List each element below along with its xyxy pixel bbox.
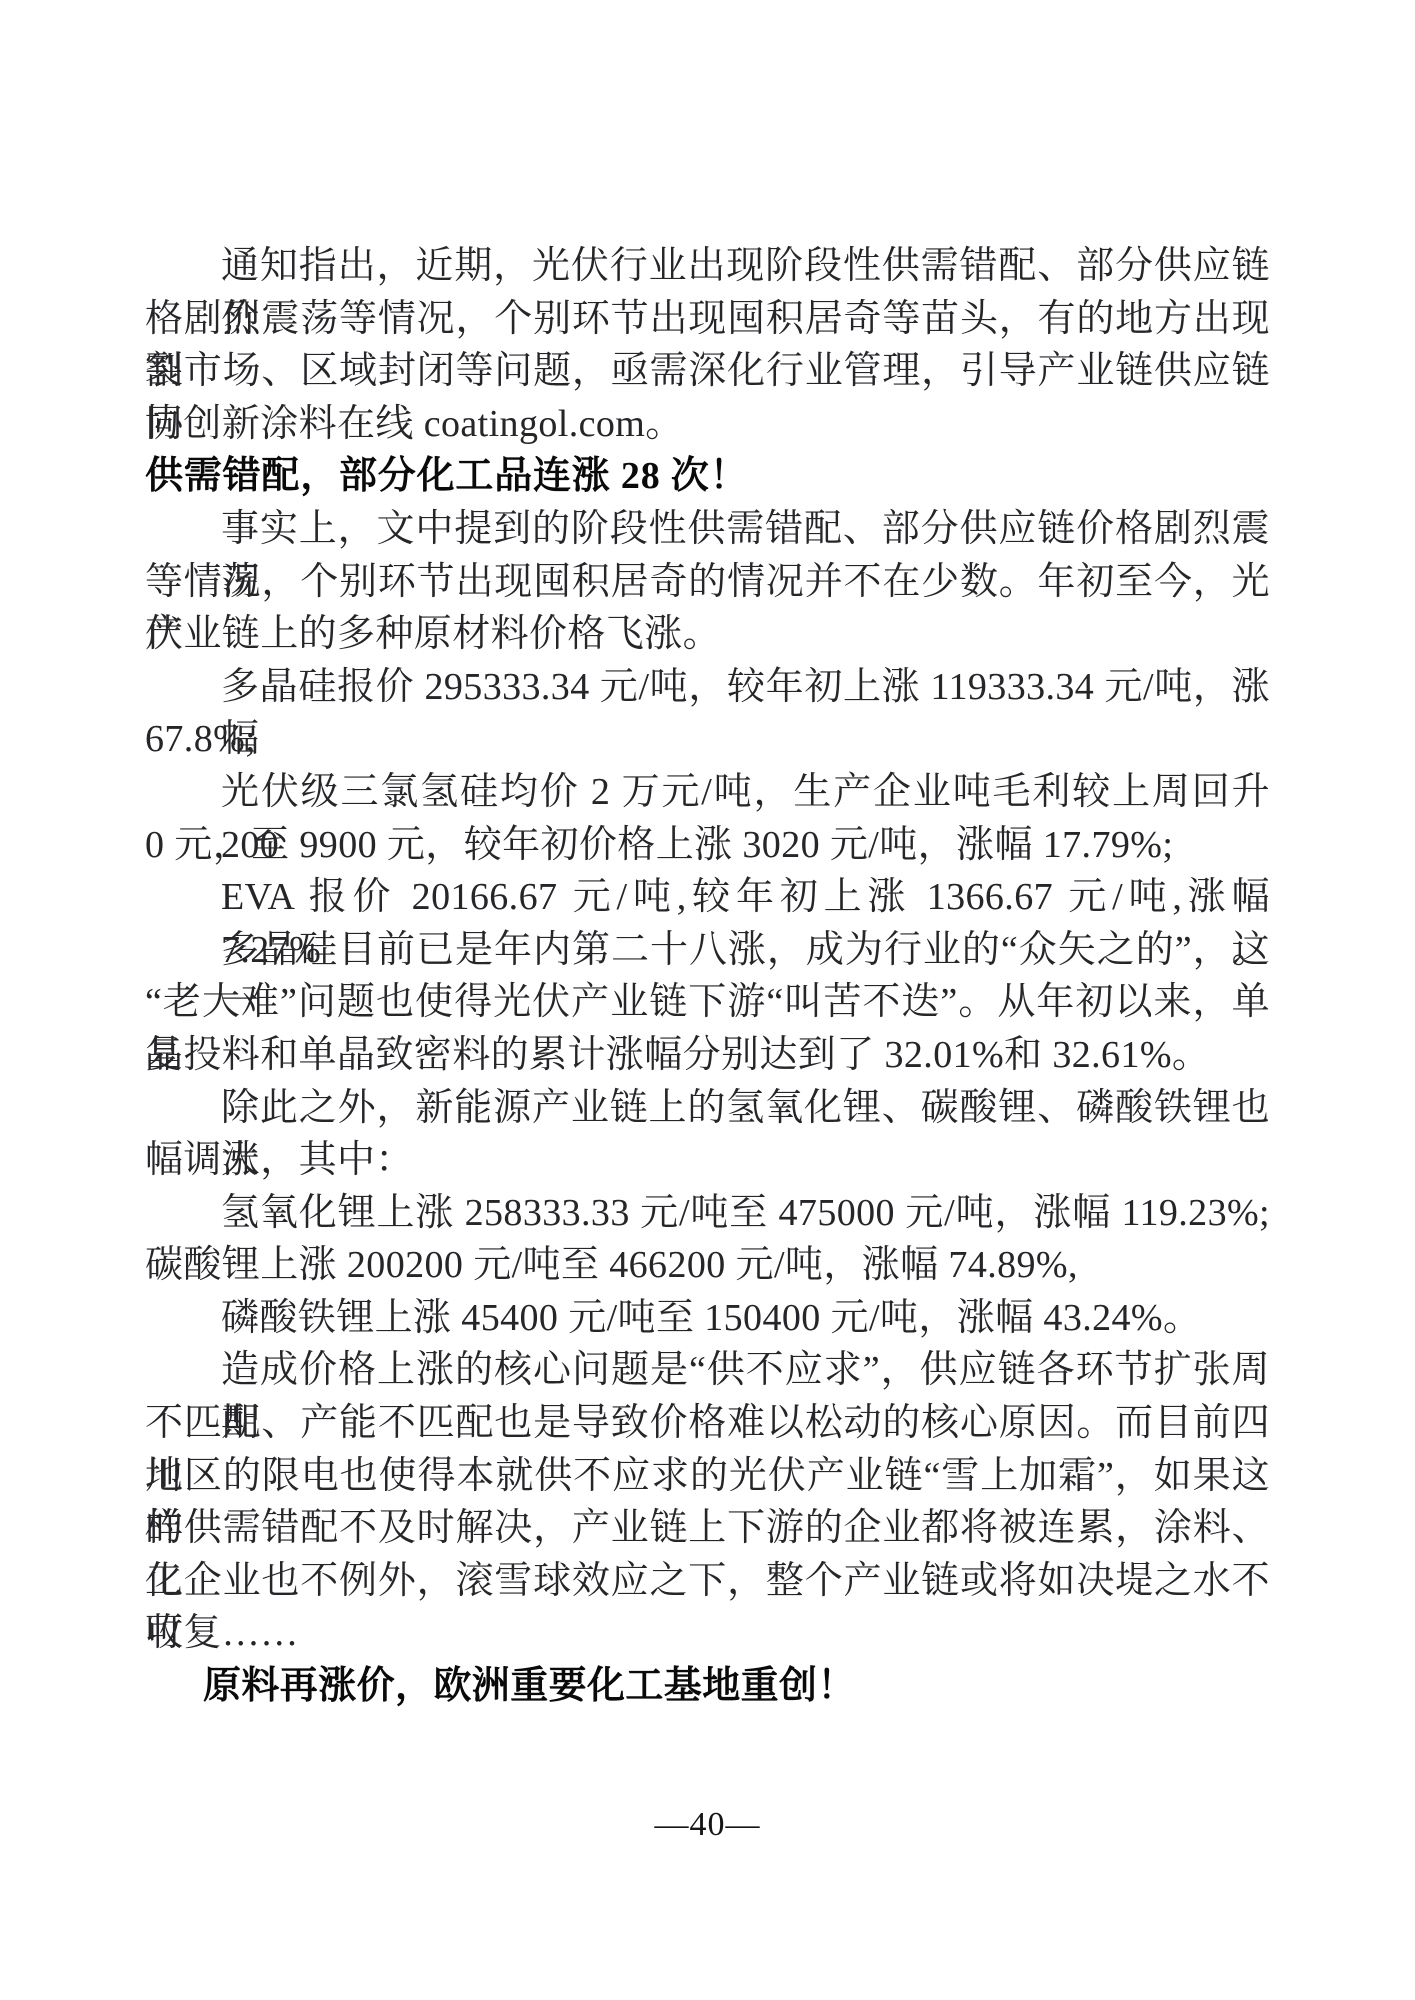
text-line: 67.8%; xyxy=(145,713,1270,766)
page-number: —40— xyxy=(0,1806,1415,1844)
text-line: 收复…… xyxy=(145,1607,1270,1660)
text-line: “老大难”问题也使得光伏产业链下游“叫苦不迭”。从年初以来，单晶 xyxy=(145,976,1270,1029)
text-line: 同创新涂料在线 coatingol.com。 xyxy=(145,398,1270,451)
text-line: 裂市场、区域封闭等问题，亟需深化行业管理，引导产业链供应链协 xyxy=(145,345,1270,398)
text-line: 多晶硅目前已是年内第二十八涨，成为行业的“众矢之的”，这一 xyxy=(145,924,1270,977)
text-line: 氢氧化锂上涨 258333.33 元/吨至 475000 元/吨，涨幅 119.… xyxy=(145,1187,1270,1240)
section-heading: 供需错配，部分化工品连涨 28 次！ xyxy=(145,450,1270,503)
text-line: 幅调涨，其中： xyxy=(145,1134,1270,1187)
text-line: 造成价格上涨的核心问题是“供不应求”，供应链各环节扩张周期 xyxy=(145,1344,1270,1397)
text-line: 碳酸锂上涨 200200 元/吨至 466200 元/吨，涨幅 74.89%, xyxy=(145,1239,1270,1292)
page-body: 通知指出，近期，光伏行业出现阶段性供需错配、部分供应链价格剧烈震荡等情况，个别环… xyxy=(145,240,1270,1713)
text-line: 不匹配、产能不匹配也是导致价格难以松动的核心原因。而目前四川 xyxy=(145,1397,1270,1450)
text-line: 事实上，文中提到的阶段性供需错配、部分供应链价格剧烈震荡 xyxy=(145,503,1270,556)
document-page: 通知指出，近期，光伏行业出现阶段性供需错配、部分供应链价格剧烈震荡等情况，个别环… xyxy=(0,0,1415,2000)
text-line: 通知指出，近期，光伏行业出现阶段性供需错配、部分供应链价 xyxy=(145,240,1270,293)
text-line: 复投料和单晶致密料的累计涨幅分别达到了 32.01%和 32.61%。 xyxy=(145,1029,1270,1082)
text-line: 工企业也不例外，滚雪球效应之下，整个产业链或将如决堤之水不可 xyxy=(145,1555,1270,1608)
text-line: 光伏级三氯氢硅均价 2 万元/吨，生产企业吨毛利较上周回升 200 xyxy=(145,766,1270,819)
text-line: 等情况，个别环节出现囤积居奇的情况并不在少数。年初至今，光伏 xyxy=(145,556,1270,609)
text-line: 产业链上的多种原材料价格飞涨。 xyxy=(145,608,1270,661)
text-line: 的供需错配不及时解决，产业链上下游的企业都将被连累，涂料、化 xyxy=(145,1502,1270,1555)
text-line: 格剧烈震荡等情况，个别环节出现囤积居奇等苗头，有的地方出现割 xyxy=(145,293,1270,346)
bold-subheading: 原料再涨价，欧洲重要化工基地重创！ xyxy=(145,1660,1270,1713)
text-line: 多晶硅报价 295333.34 元/吨，较年初上涨 119333.34 元/吨，… xyxy=(145,661,1270,714)
text-line: 地区的限电也使得本就供不应求的光伏产业链“雪上加霜”，如果这样 xyxy=(145,1450,1270,1503)
text-line: EVA 报价 20166.67 元/吨,较年初上涨 1366.67 元/吨,涨幅… xyxy=(145,871,1270,924)
text-line: 0 元，至 9900 元，较年初价格上涨 3020 元/吨，涨幅 17.79%; xyxy=(145,819,1270,872)
text-line: 除此之外，新能源产业链上的氢氧化锂、碳酸锂、磷酸铁锂也大 xyxy=(145,1082,1270,1135)
text-line: 磷酸铁锂上涨 45400 元/吨至 150400 元/吨，涨幅 43.24%。 xyxy=(145,1292,1270,1345)
